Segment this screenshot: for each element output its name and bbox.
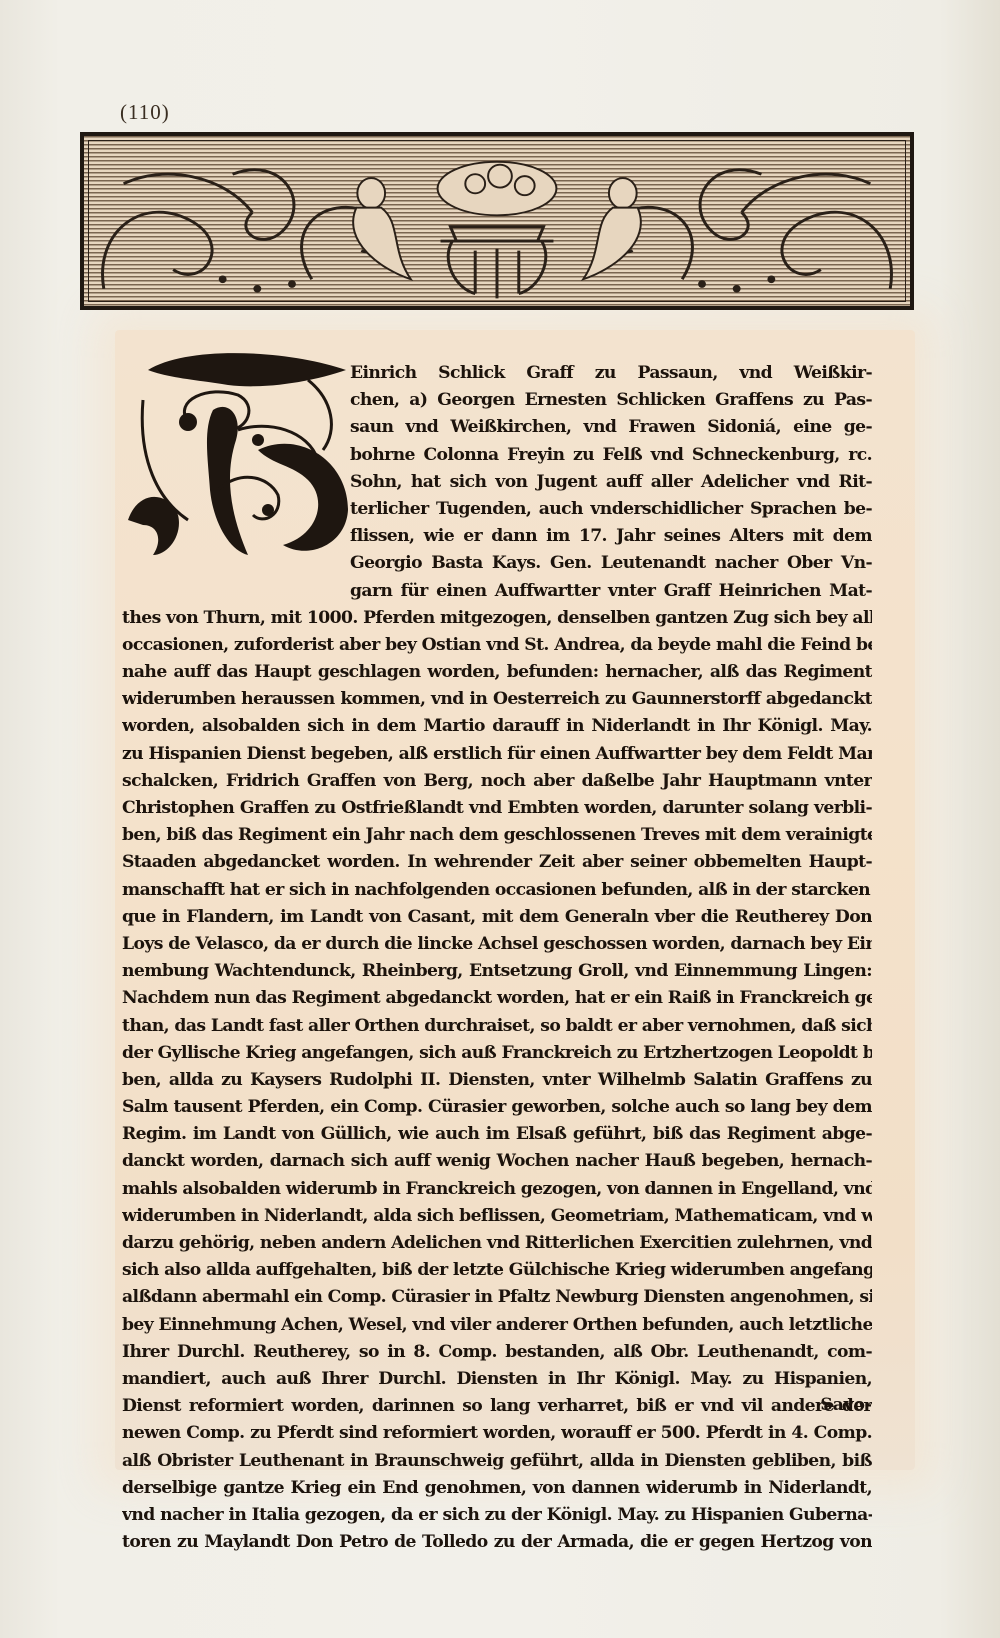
text-line: terlicher Tugenden, auch vnderschidliche… [122, 496, 872, 523]
text-line: nahe auff das Haupt geschlagen worden, b… [122, 659, 872, 686]
text-line: mahls alsobalden widerumb in Franckreich… [122, 1176, 872, 1203]
catchword: Savo- [790, 1395, 872, 1415]
text-line: sich also allda auffgehalten, biß der le… [122, 1257, 872, 1284]
text-line: Nachdem nun das Regiment abgedanckt word… [122, 985, 872, 1012]
text-line: widerumben in Niderlandt, alda sich befl… [122, 1203, 872, 1230]
text-line: mandiert, auch auß Ihrer Durchl. Dienste… [122, 1366, 872, 1393]
text-line: Georgio Basta Kays. Gen. Leutenandt nach… [122, 550, 872, 577]
body-text: Einrich Schlick Graff zu Passaun, vnd We… [122, 360, 872, 1556]
text-line: chen, a) Georgen Ernesten Schlicken Graf… [122, 387, 872, 414]
text-line: Dienst reformiert worden, darinnen so la… [122, 1393, 872, 1420]
text-line: thes von Thurn, mit 1000. Pferden mitgez… [122, 605, 872, 632]
text-line: vnd nacher in Italia gezogen, da er sich… [122, 1502, 872, 1529]
text-line: derselbige gantze Krieg ein End genohmen… [122, 1475, 872, 1502]
text-line: Salm tausent Pferden, ein Comp. Cürasier… [122, 1094, 872, 1121]
text-line: than, das Landt fast aller Orthen durchr… [122, 1013, 872, 1040]
text-line: schalcken, Fridrich Graffen von Berg, no… [122, 768, 872, 795]
text-line: zu Hispanien Dienst begeben, alß erstlic… [122, 741, 872, 768]
text-line: garn für einen Auffwartter vnter Graff H… [122, 578, 872, 605]
text-line: der Gyllische Krieg angefangen, sich auß… [122, 1040, 872, 1067]
text-line: ben, biß das Regiment ein Jahr nach dem … [122, 822, 872, 849]
text-line: danckt worden, darnach sich auff wenig W… [122, 1148, 872, 1175]
text-line: darzu gehörig, neben andern Adelichen vn… [122, 1230, 872, 1257]
text-line: Ihrer Durchl. Reutherey, so in 8. Comp. … [122, 1339, 872, 1366]
text-line: ben, allda zu Kaysers Rudolphi II. Diens… [122, 1067, 872, 1094]
text-line: Christophen Graffen zu Ostfrießlandt vnd… [122, 795, 872, 822]
text-line: saun vnd Weißkirchen, vnd Frawen Sidoniá… [122, 414, 872, 441]
text-line: Loys de Velasco, da er durch die lincke … [122, 931, 872, 958]
text-line: Staaden abgedancket worden. In wehrender… [122, 849, 872, 876]
text-line: widerumben heraussen kommen, vnd in Oest… [122, 686, 872, 713]
text-line: worden, alsobalden sich in dem Martio da… [122, 713, 872, 740]
text-line: Regim. im Landt von Güllich, wie auch im… [122, 1121, 872, 1148]
text-line: manschafft hat er sich in nachfolgenden … [122, 877, 872, 904]
text-line: bey Einnehmung Achen, Wesel, vnd viler a… [122, 1312, 872, 1339]
text-line: alß Obrister Leuthenant in Braunschweig … [122, 1448, 872, 1475]
text-line: occasionen, zuforderist aber bey Ostian … [122, 632, 872, 659]
page-number: (110) [120, 100, 170, 125]
text-line: Sohn, hat sich von Jugent auff aller Ade… [122, 469, 872, 496]
text-line: toren zu Maylandt Don Petro de Tolledo z… [122, 1529, 872, 1556]
ornamental-headpiece [80, 132, 914, 310]
text-line: que in Flandern, im Landt von Casant, mi… [122, 904, 872, 931]
text-line: Einrich Schlick Graff zu Passaun, vnd We… [122, 360, 872, 387]
text-line: newen Comp. zu Pferdt sind reformiert wo… [122, 1420, 872, 1447]
text-line: alßdann abermahl ein Comp. Cürasier in P… [122, 1284, 872, 1311]
headpiece-ornament-icon [84, 136, 910, 306]
text-line: flissen, wie er dann im 17. Jahr seines … [122, 523, 872, 550]
text-line: bohrne Colonna Freyin zu Felß vnd Schnec… [122, 442, 872, 469]
text-line: nembung Wachtendunck, Rheinberg, Entsetz… [122, 958, 872, 985]
